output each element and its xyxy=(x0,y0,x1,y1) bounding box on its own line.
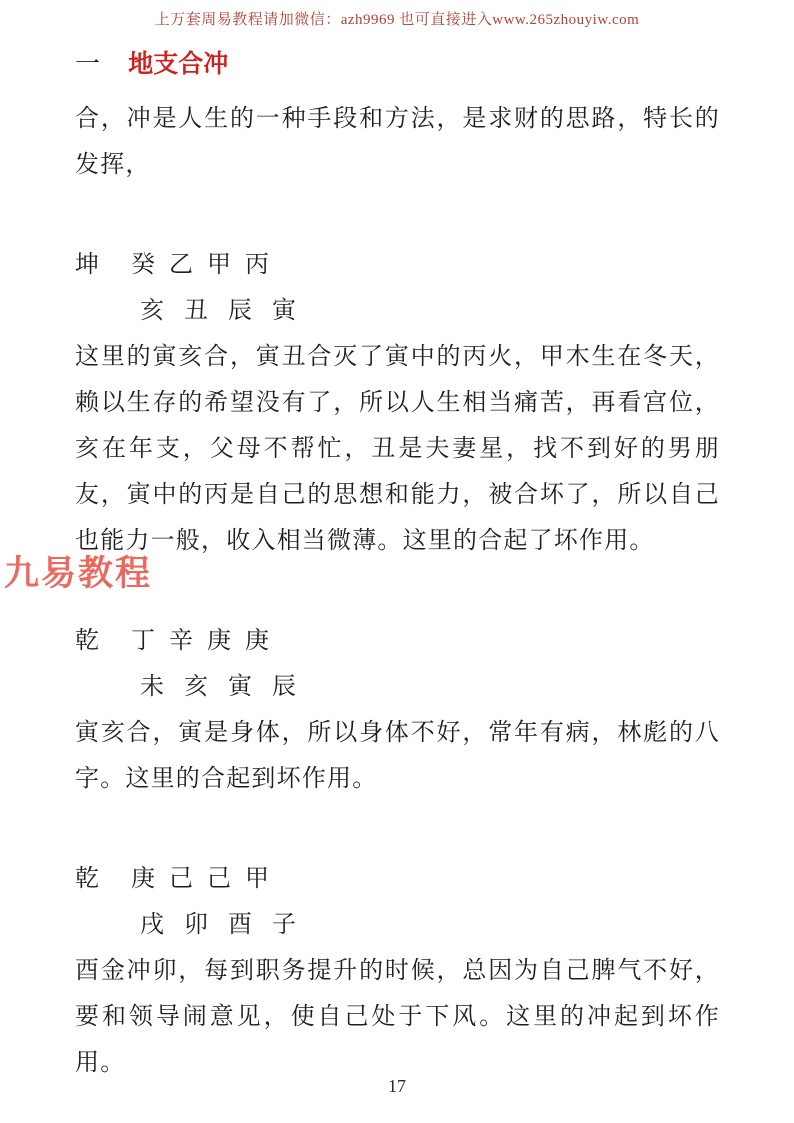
bazi-earthly-branches: 未 亥 寅 辰 xyxy=(75,664,720,710)
bazi-earthly-branches: 戌 卯 酉 子 xyxy=(75,902,720,948)
watermark: 九易教程 xyxy=(4,546,152,596)
bazi-gender-label: 乾 xyxy=(75,628,99,654)
bazi-stems-line: 乾 丁 辛 庚 庚 xyxy=(75,618,720,664)
section-title-number: 一 xyxy=(75,51,100,78)
page-header-text: 上万套周易教程请加微信：azh9969 也可直接进入www.265zhouyiw… xyxy=(0,8,794,29)
bazi-chart-2: 乾 丁 辛 庚 庚 未 亥 寅 辰 xyxy=(75,618,720,710)
bazi-analysis-paragraph: 酉金冲卯，每到职务提升的时候，总因为自己脾气不好，要和领导闹意见，使自己处于下风… xyxy=(75,948,720,1086)
bazi-analysis-paragraph: 这里的寅亥合，寅丑合灭了寅中的丙火，甲木生在冬天，赖以生存的希望没有了，所以人生… xyxy=(75,334,720,564)
bazi-case-1: 坤 癸 乙 甲 丙 亥 丑 辰 寅 这里的寅亥合，寅丑合灭了寅中的丙火，甲木生在… xyxy=(75,242,720,564)
bazi-case-2: 乾 丁 辛 庚 庚 未 亥 寅 辰 寅亥合，寅是身体，所以身体不好，常年有病，林… xyxy=(75,618,720,802)
document-page: 上万套周易教程请加微信：azh9969 也可直接进入www.265zhouyiw… xyxy=(0,0,794,1123)
section-title-heading: 地支合冲 xyxy=(128,51,228,78)
bazi-gender-label: 乾 xyxy=(75,866,99,892)
bazi-analysis-paragraph: 寅亥合，寅是身体，所以身体不好，常年有病，林彪的八字。这里的合起到坏作用。 xyxy=(75,710,720,802)
page-content: 一 地支合冲 合，冲是人生的一种手段和方法，是求财的思路，特长的发挥， 坤 癸 … xyxy=(75,48,720,1086)
bazi-case-3: 乾 庚 己 己 甲 戌 卯 酉 子 酉金冲卯，每到职务提升的时候，总因为自己脾气… xyxy=(75,856,720,1086)
bazi-stems-line: 乾 庚 己 己 甲 xyxy=(75,856,720,902)
bazi-heavenly-stems: 庚 己 己 甲 xyxy=(131,866,273,892)
intro-paragraph: 合，冲是人生的一种手段和方法，是求财的思路，特长的发挥， xyxy=(75,96,720,188)
bazi-earthly-branches: 亥 丑 辰 寅 xyxy=(75,288,720,334)
bazi-gender-label: 坤 xyxy=(75,252,99,278)
bazi-heavenly-stems: 癸 乙 甲 丙 xyxy=(131,252,273,278)
bazi-stems-line: 坤 癸 乙 甲 丙 xyxy=(75,242,720,288)
bazi-chart-3: 乾 庚 己 己 甲 戌 卯 酉 子 xyxy=(75,856,720,948)
section-title: 一 地支合冲 xyxy=(75,48,720,82)
page-number: 17 xyxy=(0,1076,794,1097)
bazi-heavenly-stems: 丁 辛 庚 庚 xyxy=(131,628,273,654)
bazi-chart-1: 坤 癸 乙 甲 丙 亥 丑 辰 寅 xyxy=(75,242,720,334)
